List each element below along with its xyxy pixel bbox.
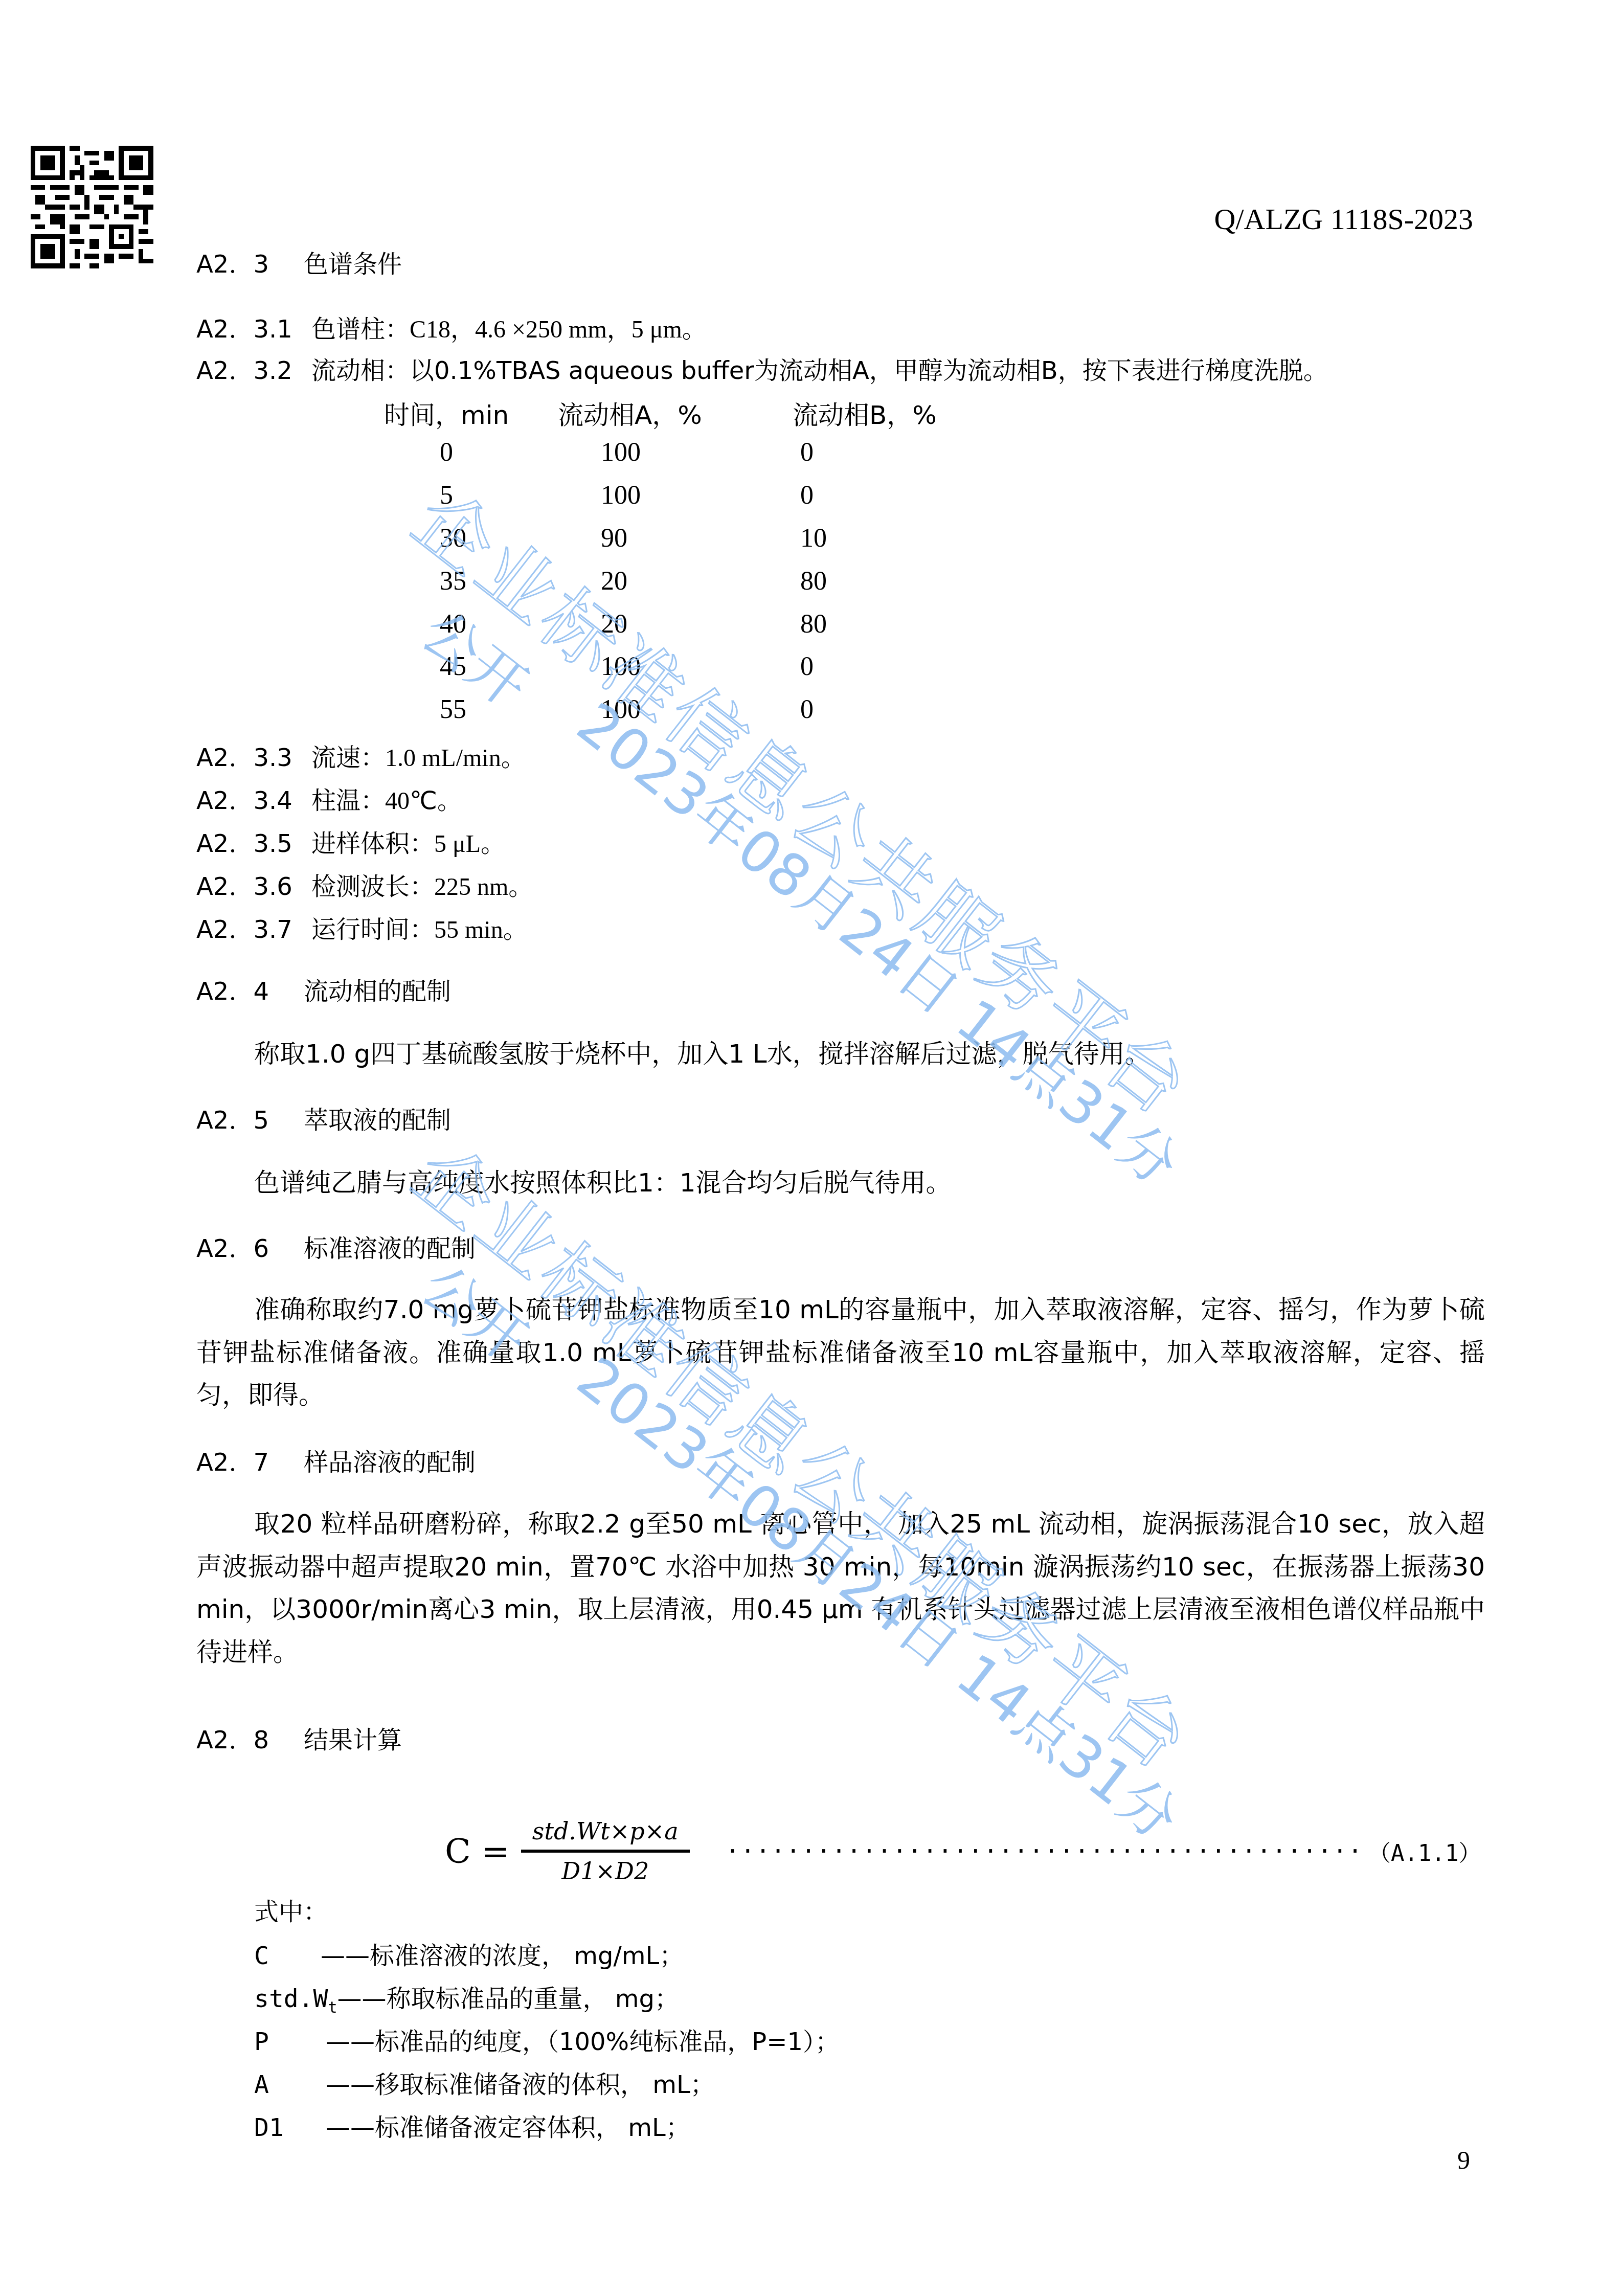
table-cell: 0: [800, 694, 814, 725]
item-value: 225 nm。: [434, 873, 533, 901]
table-cell: 20: [601, 566, 627, 596]
section-number: A2．7: [196, 1443, 304, 1478]
table-cell: 100: [601, 437, 641, 467]
item-a2-3-7: A2．3.7运行时间：55 min。: [196, 910, 528, 945]
table-header-phase-b: 流动相B，%: [793, 395, 937, 432]
definition-symbol: P: [254, 2028, 326, 2056]
table-cell: 0: [800, 480, 814, 510]
section-heading-a2-4: A2．4流动相的配制: [196, 972, 451, 1007]
watermark-public: 公开: [407, 588, 548, 724]
table-cell: 35: [440, 566, 466, 596]
definition-c: C——标准溶液的浓度， mg/mL；: [254, 1936, 684, 1971]
section-heading-a2-6: A2．6标准溶液的配制: [196, 1229, 476, 1264]
item-number: A2．3.3: [196, 738, 311, 773]
table-cell: 30: [440, 523, 466, 553]
item-number: A2．3.5: [196, 824, 311, 859]
section-heading-a2-8: A2．8结果计算: [196, 1720, 402, 1755]
item-value: 40℃。: [385, 787, 462, 815]
table-cell: 40: [440, 609, 466, 639]
item-number: A2．3.2: [196, 351, 311, 386]
table-cell: 10: [800, 523, 827, 553]
item-label: 色谱柱：: [311, 315, 410, 344]
item-value: 5 μL。: [434, 830, 505, 858]
definition-symbol: std.Wt: [254, 1985, 337, 2017]
paragraph-a2-5: 色谱纯乙腈与高纯度水按照体积比1：1混合均匀后脱气待用。: [196, 1162, 1485, 1205]
item-label: 运行时间：: [311, 915, 434, 944]
table-cell: 20: [601, 609, 627, 639]
table-cell: 55: [440, 694, 466, 725]
table-header-time: 时间，min: [384, 395, 509, 432]
section-title: 萃取液的配制: [304, 1106, 451, 1135]
where-label: 式中：: [254, 1892, 328, 1927]
definition-std-wt: std.Wt——称取标准品的重量， mg；: [254, 1979, 679, 2017]
item-value: C18，4.6 ×250 mm，5 μm。: [410, 316, 707, 343]
paragraph-a2-6: 准确称取约7.0 mg萝卜硫苷钾盐标准物质至10 mL的容量瓶中，加入萃取液溶解…: [196, 1289, 1485, 1417]
section-heading-a2-3: A2．3色谱条件: [196, 244, 402, 280]
table-cell: 100: [601, 651, 641, 682]
formula-lhs: C =: [445, 1832, 510, 1871]
definition-d1: D1——标准储备液定容体积， mL；: [254, 2108, 690, 2143]
item-value: 以0.1%TBAS aqueous buffer为流动相A，甲醇为流动相B，按下…: [410, 356, 1328, 385]
symbol-base: std.W: [254, 1985, 328, 2013]
item-a2-3-5: A2．3.5进样体积：5 μL。: [196, 824, 505, 859]
section-title: 标准溶液的配制: [304, 1234, 476, 1263]
item-value: 1.0 mL/min。: [385, 745, 526, 772]
qr-code-icon: [29, 146, 154, 268]
definition-symbol: C: [254, 1942, 321, 1970]
definition-p: P——标准品的纯度，（100%纯标准品，P=1）；: [254, 2022, 840, 2057]
item-value: 55 min。: [434, 916, 528, 943]
definition-desc: ——称取标准品的重量， mg；: [337, 1985, 680, 2013]
where-label-text: 式中：: [254, 1898, 328, 1926]
section-number: A2．5: [196, 1100, 304, 1136]
definition-desc: ——标准储备液定容体积， mL；: [326, 2113, 690, 2142]
item-a2-3-2: A2．3.2流动相：以0.1%TBAS aqueous buffer为流动相A，…: [196, 351, 1328, 386]
table-cell: 0: [800, 437, 814, 467]
document-code: Q/ALZG 1118S-2023: [1214, 202, 1473, 236]
item-number: A2．3.4: [196, 781, 311, 816]
item-number: A2．3.1: [196, 309, 311, 345]
paragraph-a2-7: 取20 粒样品研磨粉碎，称取2.2 g至50 mL 离心管中， 加入25 mL …: [196, 1503, 1485, 1674]
section-title: 色谱条件: [304, 250, 402, 279]
watermark-timestamp: 2023年08月24日 14点31分: [563, 680, 1198, 1202]
watermark-platform: 企业标准信息公共服务平台: [395, 1115, 1217, 1791]
table-cell: 90: [601, 523, 627, 553]
table-cell: 45: [440, 651, 466, 682]
section-number: A2．8: [196, 1720, 304, 1755]
table-header-phase-a: 流动相A，%: [558, 395, 702, 432]
section-number: A2．4: [196, 972, 304, 1007]
section-heading-a2-7: A2．7样品溶液的配制: [196, 1443, 476, 1478]
definition-a: A——移取标准储备液的体积， mL；: [254, 2065, 715, 2100]
formula-a-1-1: C = std.Wt×p×a D1×D2 ···················…: [445, 1813, 1481, 1889]
definition-desc: ——标准溶液的浓度， mg/mL；: [321, 1942, 684, 1970]
definition-symbol: A: [254, 2070, 326, 2099]
symbol-subscript: t: [328, 1999, 337, 2017]
table-cell: 5: [440, 480, 453, 510]
definition-symbol: D1: [254, 2113, 326, 2142]
fraction-bar: [521, 1850, 690, 1853]
item-label: 进样体积：: [311, 829, 434, 858]
table-cell: 100: [601, 694, 641, 725]
paragraph-a2-4: 称取1.0 g四丁基硫酸氢胺于烧杯中，加入1 L水，搅拌溶解后过滤，脱气待用。: [196, 1033, 1485, 1076]
item-label: 流动相：: [311, 356, 410, 385]
table-cell: 80: [800, 566, 827, 596]
table-cell: 80: [800, 609, 827, 639]
table-cell: 100: [601, 480, 641, 510]
table-cell: 0: [800, 651, 814, 682]
item-a2-3-6: A2．3.6检测波长：225 nm。: [196, 867, 533, 902]
definition-desc: ——移取标准储备液的体积， mL；: [326, 2070, 715, 2099]
table-cell: 0: [440, 437, 453, 467]
section-number: A2．3: [196, 244, 304, 280]
section-title: 流动相的配制: [304, 977, 451, 1006]
section-number: A2．6: [196, 1229, 304, 1264]
item-number: A2．3.6: [196, 867, 311, 902]
formula-denominator: D1×D2: [561, 1856, 649, 1886]
item-a2-3-1: A2．3.1色谱柱：C18，4.6 ×250 mm，5 μm。: [196, 309, 707, 345]
section-title: 样品溶液的配制: [304, 1448, 476, 1477]
page-number: 9: [1457, 2145, 1470, 2175]
equation-number: （A.1.1）: [1368, 1835, 1481, 1867]
qr-code: [29, 146, 154, 268]
item-label: 检测波长：: [311, 872, 434, 901]
section-title: 结果计算: [304, 1726, 402, 1754]
dot-leader: ········································…: [726, 1837, 1363, 1865]
section-heading-a2-5: A2．5萃取液的配制: [196, 1100, 451, 1136]
item-a2-3-3: A2．3.3流速：1.0 mL/min。: [196, 738, 526, 773]
formula-numerator: std.Wt×p×a: [532, 1816, 679, 1847]
item-a2-3-4: A2．3.4柱温：40℃。: [196, 781, 462, 816]
item-label: 柱温：: [311, 786, 385, 815]
item-label: 流速：: [311, 744, 385, 772]
definition-desc: ——标准品的纯度，（100%纯标准品，P=1）；: [326, 2028, 840, 2056]
item-number: A2．3.7: [196, 910, 311, 945]
formula-fraction: std.Wt×p×a D1×D2: [521, 1816, 690, 1886]
